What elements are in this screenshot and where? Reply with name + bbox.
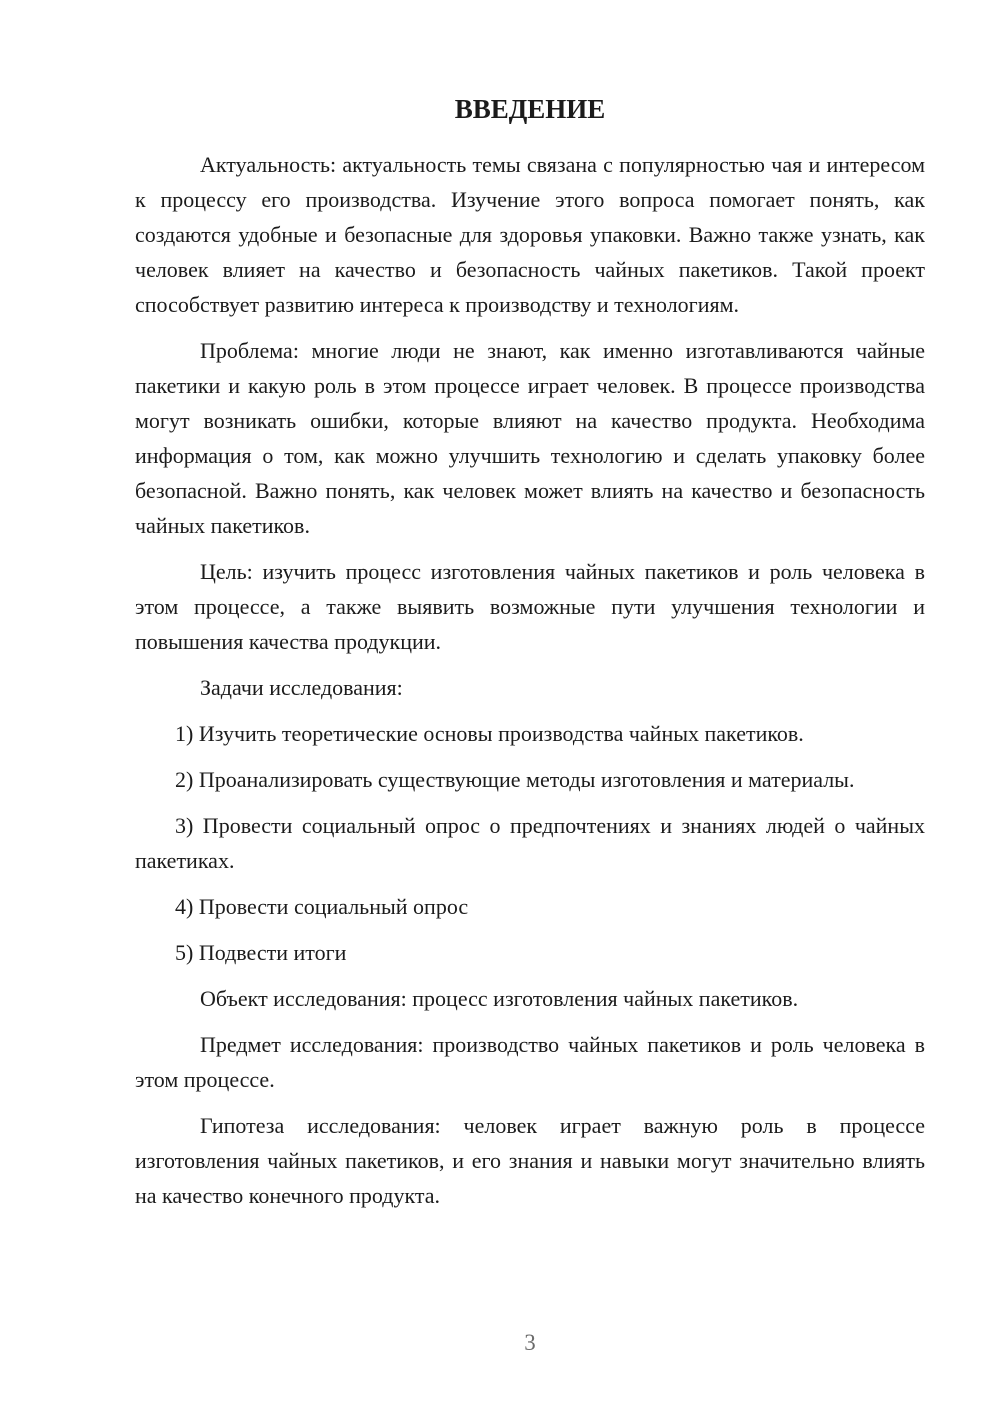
paragraph-goal: Цель: изучить процесс изготовления чайны…: [135, 554, 925, 659]
paragraph-object: Объект исследования: процесс изготовлени…: [135, 981, 925, 1016]
paragraph-hypothesis: Гипотеза исследования: человек играет ва…: [135, 1108, 925, 1213]
document-content: ВВЕДЕНИЕ Актуальность: актуальность темы…: [135, 0, 925, 1224]
document-page: ВВЕДЕНИЕ Актуальность: актуальность темы…: [0, 0, 1000, 1414]
paragraph-tasks-heading: Задачи исследования:: [135, 670, 925, 705]
task-item-2: 2) Проанализировать существующие методы …: [135, 762, 925, 797]
task-item-4: 4) Провести социальный опрос: [135, 889, 925, 924]
page-title: ВВЕДЕНИЕ: [135, 92, 925, 127]
task-item-5: 5) Подвести итоги: [135, 935, 925, 970]
task-item-1: 1) Изучить теоретические основы производ…: [135, 716, 925, 751]
paragraph-subject: Предмет исследования: производство чайны…: [135, 1027, 925, 1097]
page-number: 3: [135, 1325, 925, 1360]
task-item-3: 3) Провести социальный опрос о предпочте…: [135, 808, 925, 878]
paragraph-problem: Проблема: многие люди не знают, как имен…: [135, 333, 925, 543]
paragraph-relevance: Актуальность: актуальность темы связана …: [135, 147, 925, 322]
